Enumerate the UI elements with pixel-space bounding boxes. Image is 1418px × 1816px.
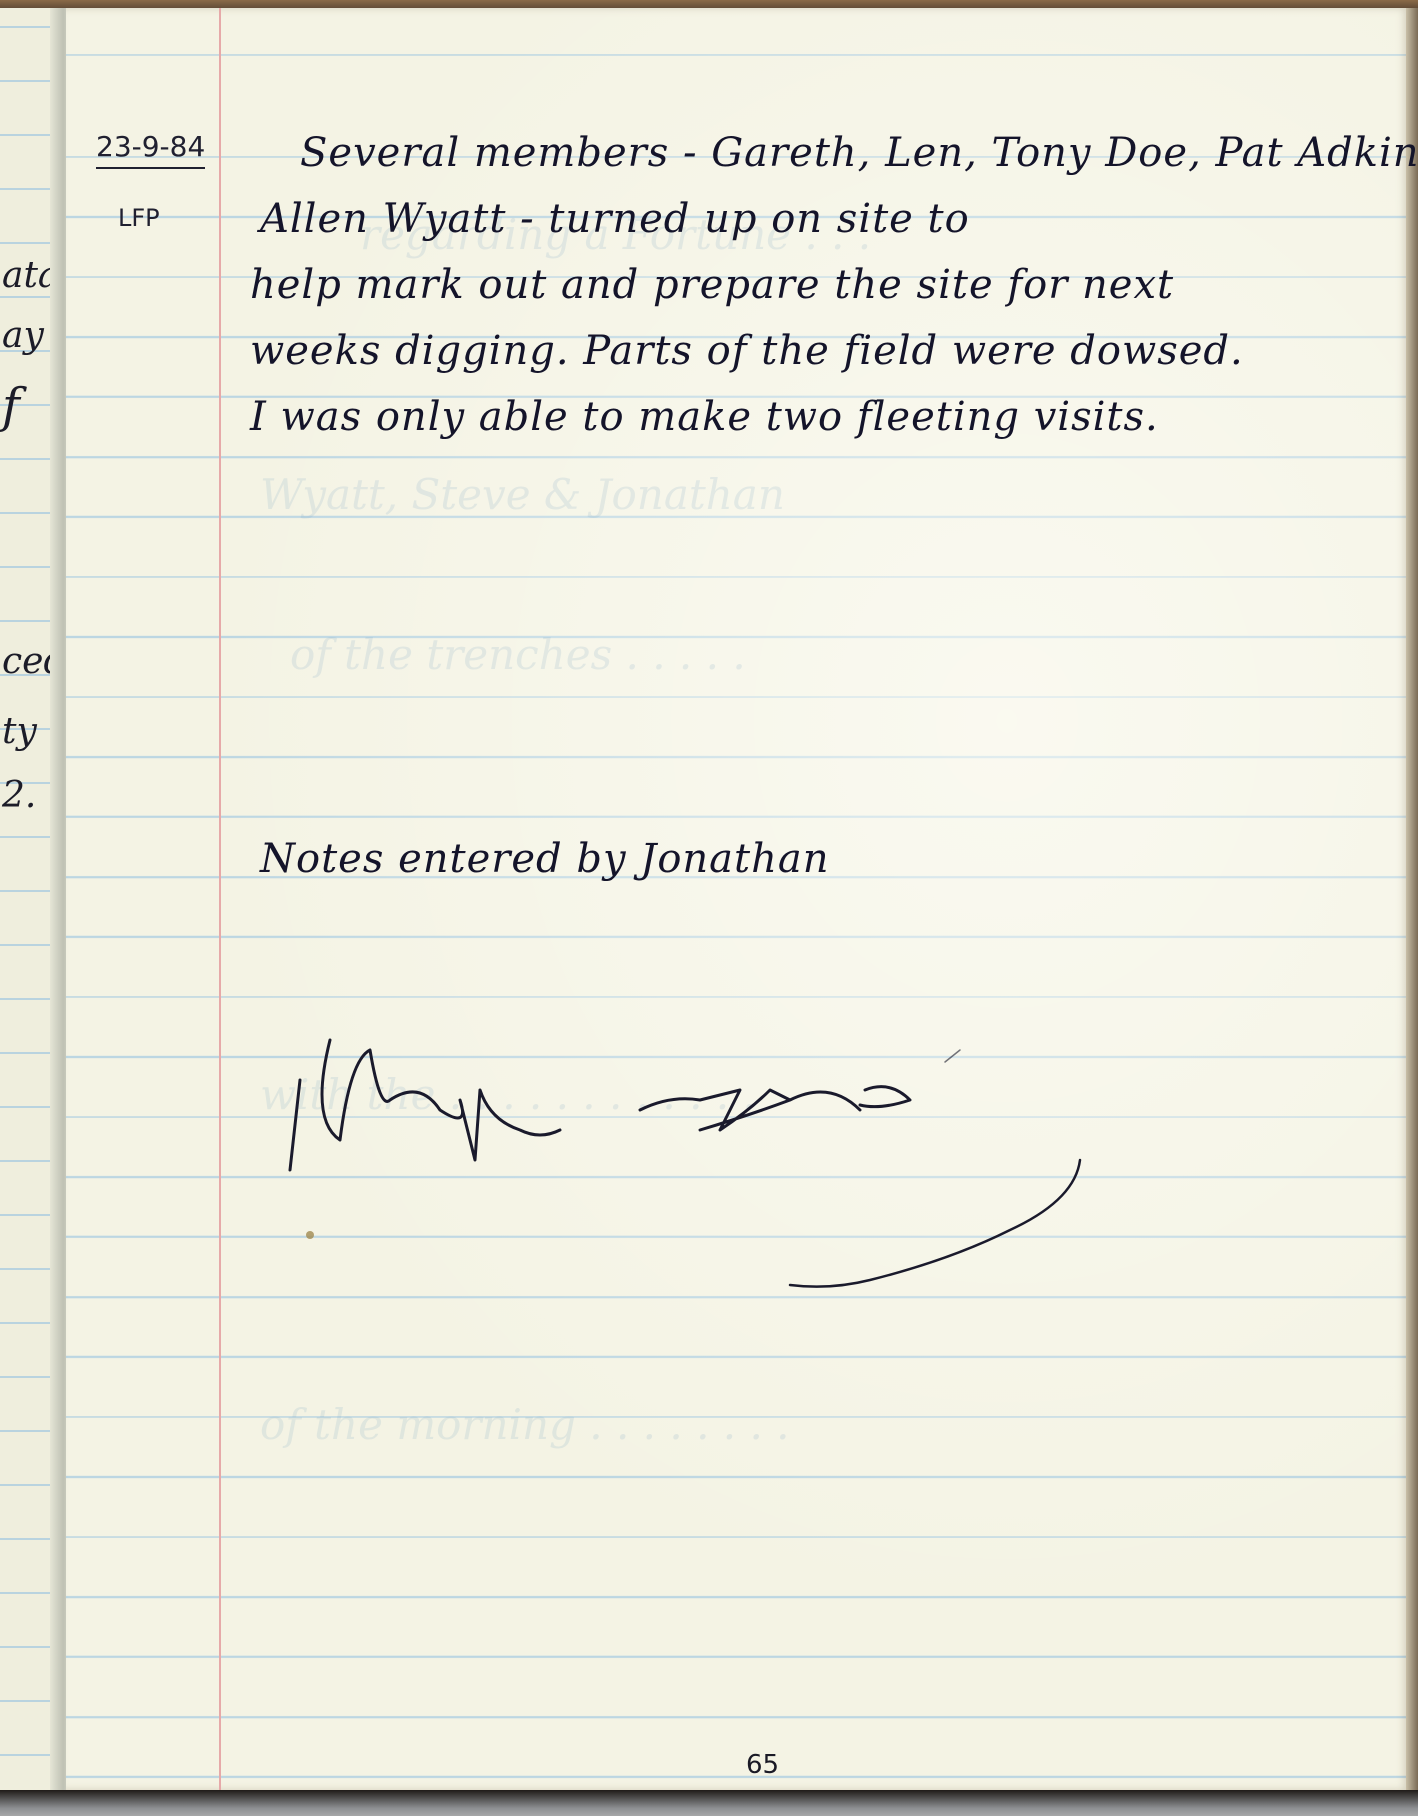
entry-line: help mark out and prepare the site for n…: [250, 262, 1174, 308]
signature-1: [290, 1040, 560, 1170]
left-page-fragment: 2.: [2, 778, 36, 814]
notebook-bottom-edge: [0, 1790, 1418, 1816]
entry-date: 23-9-84: [96, 130, 205, 169]
entry-line: Allen Wyatt - turned up on site to: [260, 196, 970, 242]
location-code: LFP: [118, 204, 160, 232]
margin-rule: [219, 8, 221, 1790]
show-through-text: of the trenches . . . . .: [290, 630, 746, 679]
page-edge: [1406, 8, 1418, 1790]
signature-scribbles: [270, 1000, 1270, 1460]
page-number: 65: [746, 1750, 779, 1780]
signature-2: [640, 1087, 910, 1130]
entry-line: Several members - Gareth, Len, Tony Doe,…: [300, 130, 1418, 176]
left-page-fragment: ay: [2, 318, 44, 354]
left-page-fragment: ty: [2, 714, 37, 750]
left-page-fragment: f: [2, 388, 20, 424]
show-through-text: Wyatt, Steve & Jonathan: [260, 470, 785, 519]
entry-line: weeks digging. Parts of the field were d…: [250, 328, 1244, 374]
entry-line: I was only able to make two fleeting vis…: [250, 394, 1159, 440]
note-attribution: Notes entered by Jonathan: [260, 836, 829, 882]
